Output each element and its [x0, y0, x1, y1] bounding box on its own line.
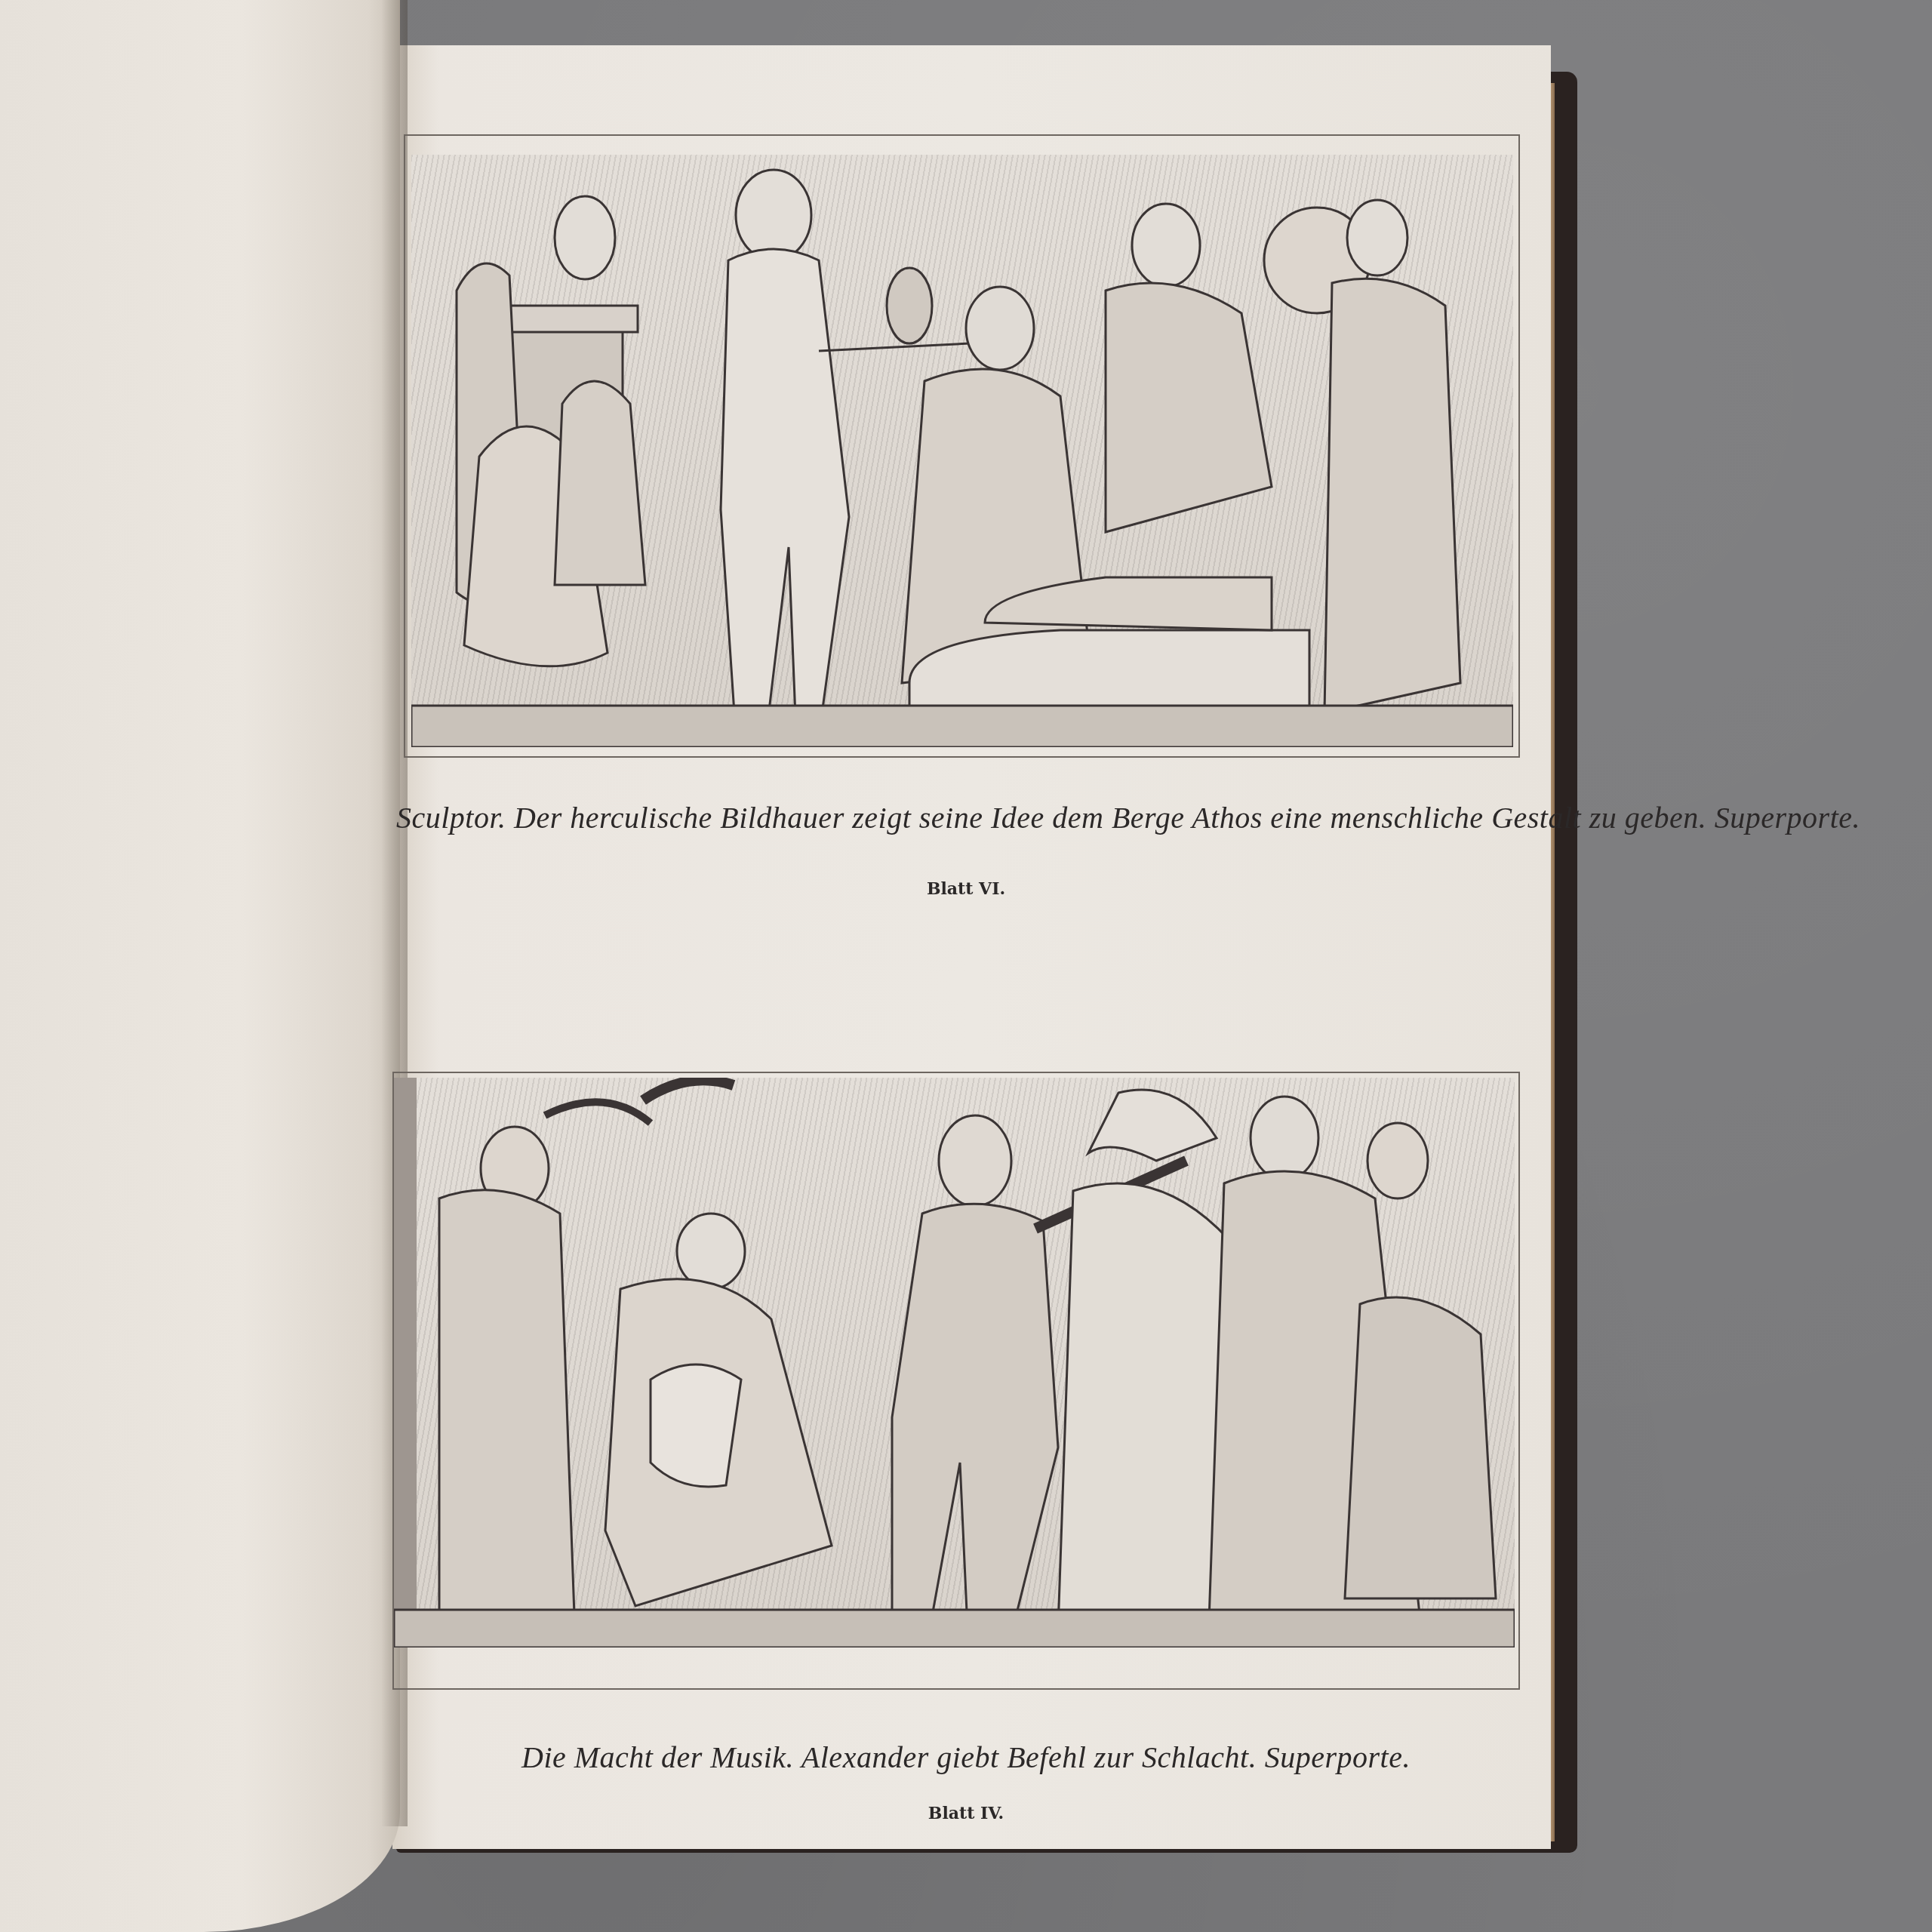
engraving-power-of-music [394, 1078, 1515, 1647]
sheet-label-top: Blatt VI. [891, 879, 1041, 899]
sheet-label-bottom: Blatt IV. [891, 1804, 1041, 1823]
caption-top: Sculptor. Der herculische Bildhauer zeig… [396, 800, 1528, 835]
left-page [0, 0, 400, 1932]
caption-bottom: Die Macht der Musik. Alexander giebt Bef… [483, 1740, 1449, 1775]
relief-figures-top [411, 155, 1513, 747]
engraving-sculptor [411, 155, 1513, 747]
relief-figures-bottom [394, 1078, 1515, 1647]
